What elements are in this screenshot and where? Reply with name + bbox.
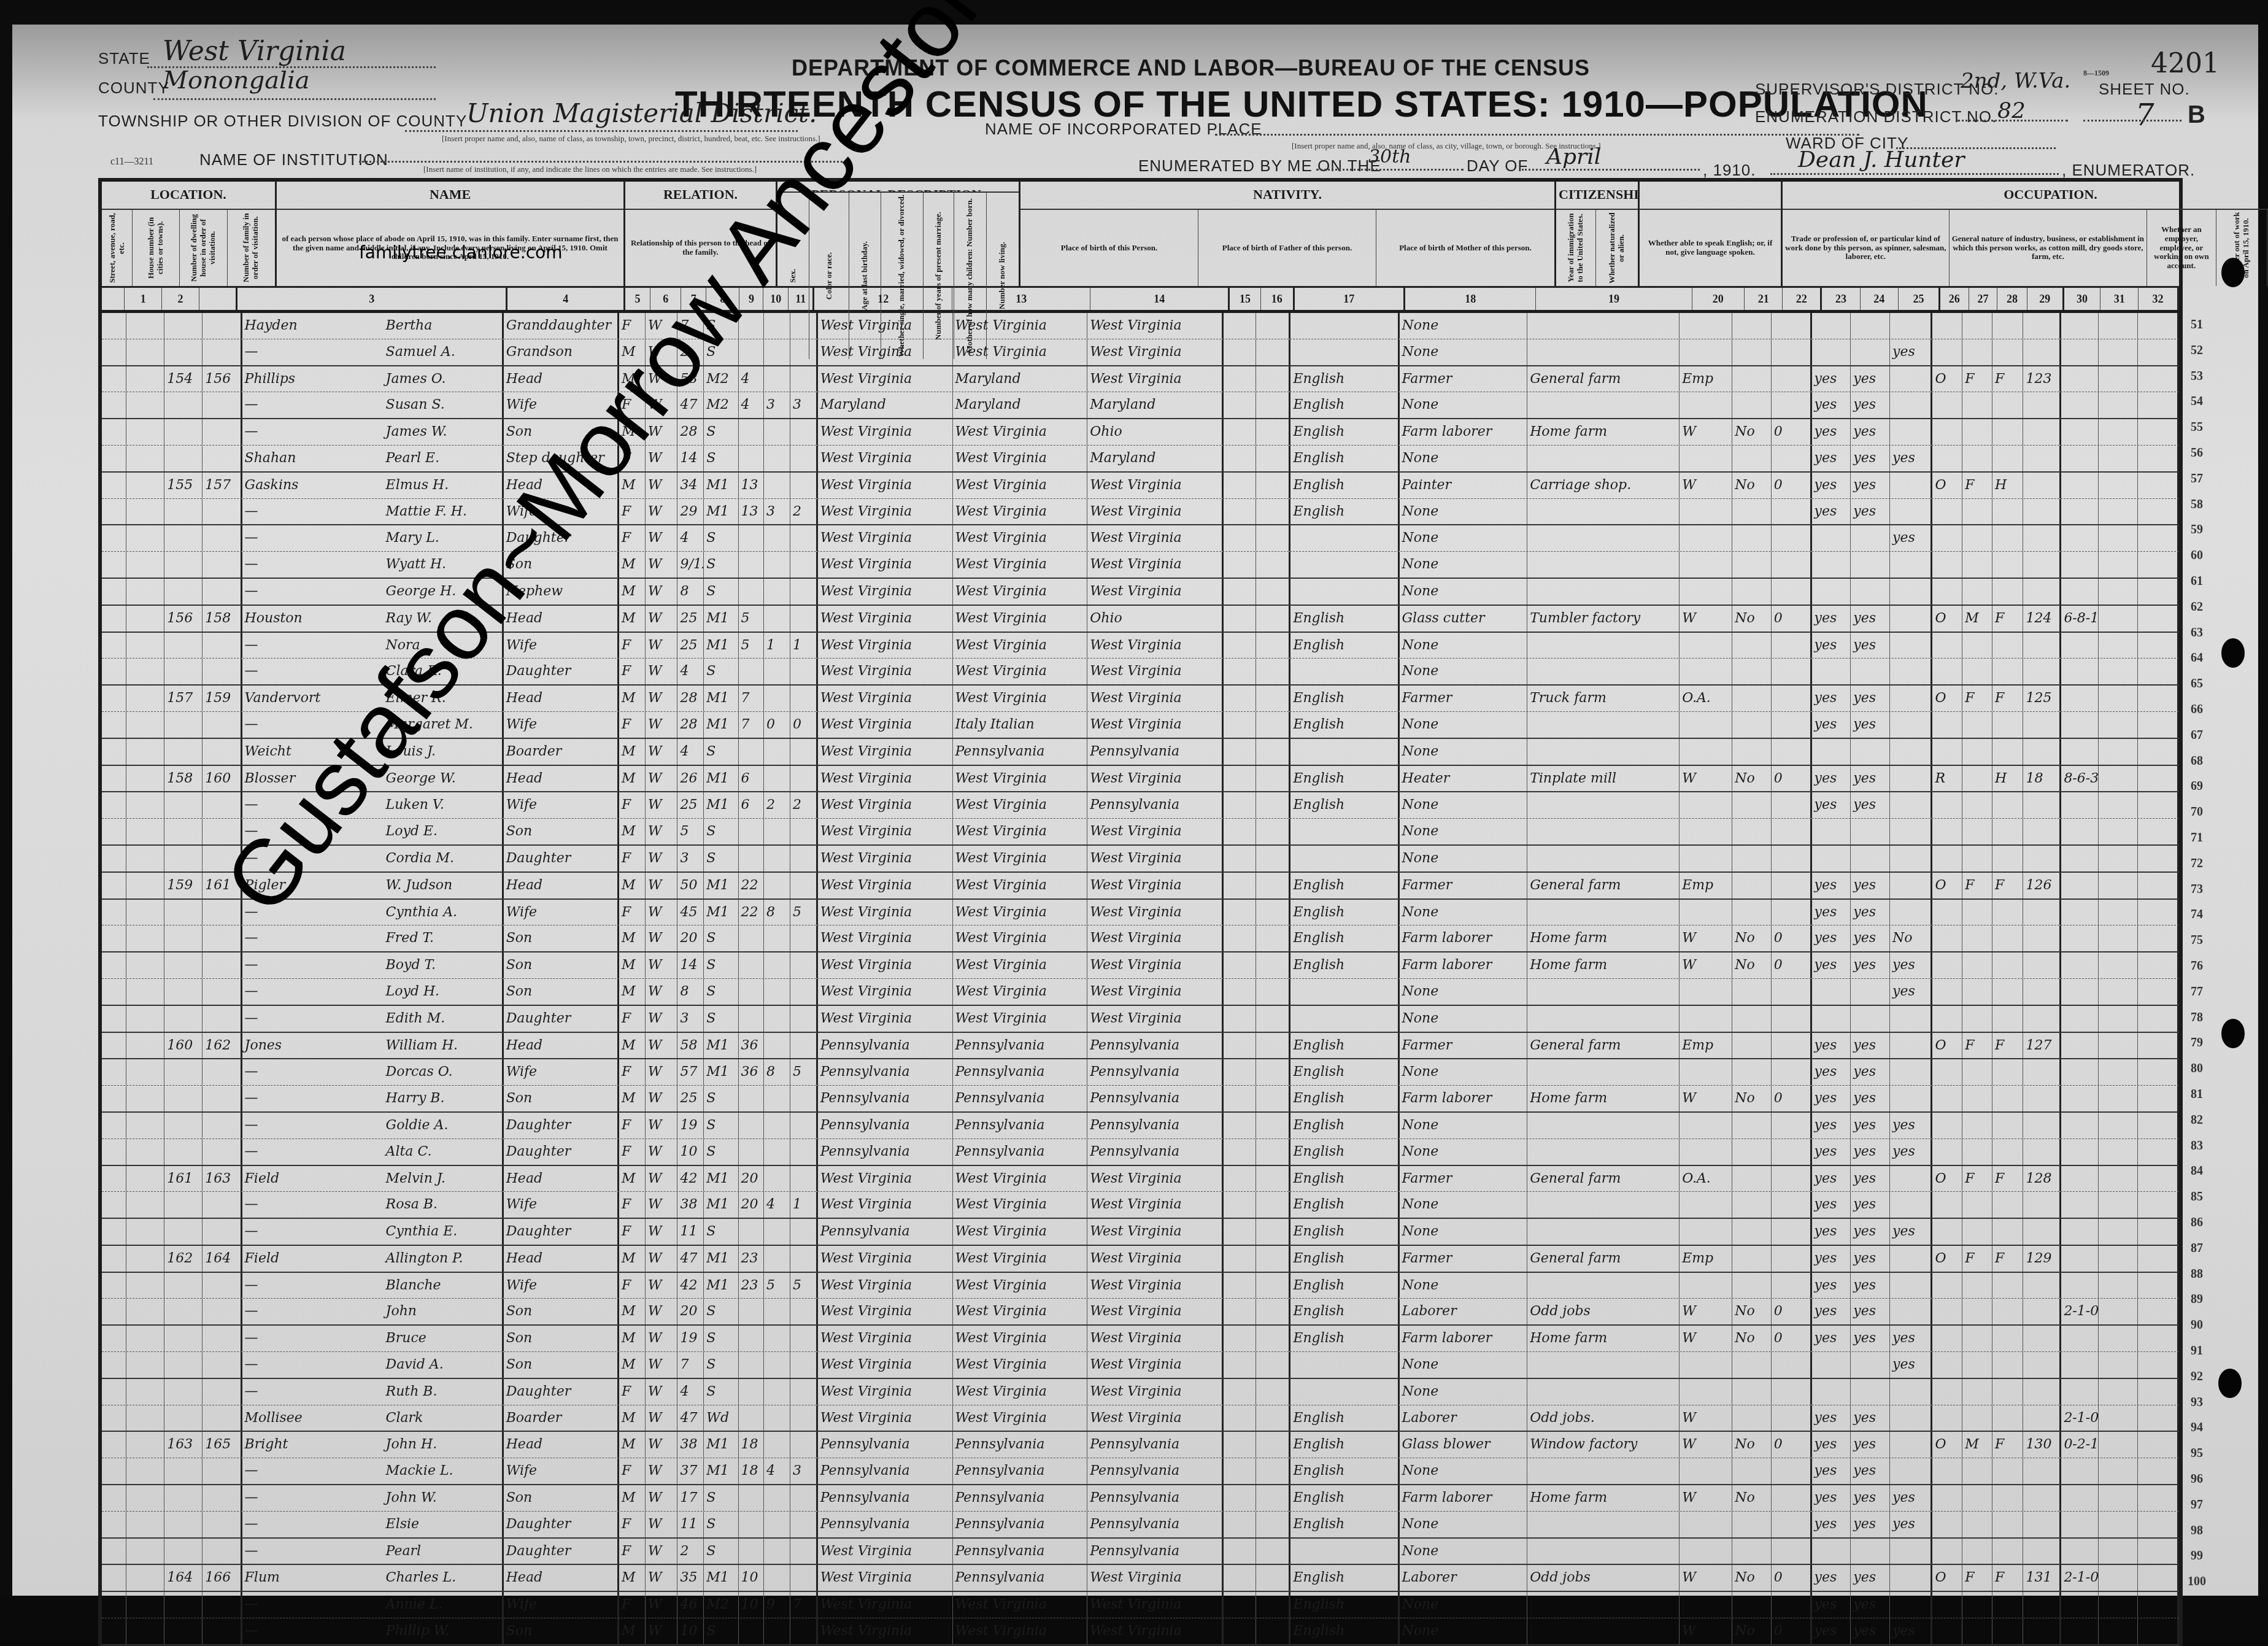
site-url-watermark: familytree.clanlore.com bbox=[359, 242, 562, 263]
cell-trade: None bbox=[1400, 579, 1528, 605]
cell-relation: Son bbox=[504, 1485, 619, 1511]
cell-age: 11 bbox=[677, 1219, 704, 1245]
empty-cell bbox=[2138, 1033, 2179, 1059]
cell-write: yes bbox=[1851, 606, 1890, 632]
cell-free bbox=[1962, 446, 1992, 471]
cell-english: English bbox=[1290, 1273, 1399, 1299]
cell-age: 20 bbox=[677, 1299, 704, 1324]
cell-race: W bbox=[646, 1059, 678, 1085]
cell-marital: M1 bbox=[704, 1166, 738, 1192]
cell-free bbox=[1962, 1219, 1992, 1245]
cell-marital: S bbox=[704, 313, 738, 339]
cell-out: No bbox=[1732, 473, 1772, 498]
cell-trade: Farm laborer bbox=[1400, 925, 1528, 951]
table-row: 164166FlumCharles L.HeadMW35M110West Vir… bbox=[102, 1565, 2179, 1592]
person-name: —Phillip W. bbox=[242, 1618, 504, 1644]
surname: — bbox=[245, 1006, 386, 1031]
cell-pob: West Virginia bbox=[818, 1192, 953, 1218]
cell-free bbox=[1962, 392, 1992, 418]
cell-out bbox=[1732, 819, 1772, 844]
cell-dwelling bbox=[164, 1592, 202, 1618]
cell-pob: West Virginia bbox=[818, 1565, 953, 1591]
column-number: 25 bbox=[1899, 288, 1940, 310]
cell-extra bbox=[2061, 446, 2099, 471]
cell-farm bbox=[1992, 659, 2023, 684]
empty-cell bbox=[1224, 1219, 1256, 1245]
cell-race: W bbox=[646, 1033, 678, 1059]
cell-school: yes bbox=[1890, 952, 1932, 978]
cell-school: yes bbox=[1890, 1352, 1932, 1378]
cell-marital: S bbox=[704, 1086, 738, 1111]
cell-family bbox=[202, 739, 242, 765]
cell-english: English bbox=[1290, 1565, 1399, 1591]
cell-weeks bbox=[1772, 1033, 1812, 1059]
cell-sched bbox=[2023, 1379, 2061, 1405]
person-name: FieldMelvin J. bbox=[242, 1166, 504, 1192]
empty-cell bbox=[2138, 499, 2179, 525]
cell-relation: Wife bbox=[504, 1192, 619, 1218]
cell-read: yes bbox=[1812, 446, 1851, 471]
cell-marital: S bbox=[704, 659, 738, 684]
cell-school bbox=[1890, 366, 1932, 392]
cell-industry bbox=[1527, 792, 1680, 818]
empty-cell bbox=[1256, 339, 1291, 365]
cell-read: yes bbox=[1812, 1405, 1851, 1431]
cell-sex: F bbox=[619, 1006, 646, 1032]
empty-cell bbox=[2099, 766, 2138, 792]
column-header: Whether naturalized or alien. bbox=[1596, 210, 1638, 286]
cell-own bbox=[1932, 525, 1962, 551]
cell-own: O bbox=[1932, 686, 1962, 711]
cell-emp: W bbox=[1680, 1086, 1732, 1111]
cell-pob: West Virginia bbox=[818, 1618, 953, 1644]
cell-race: W bbox=[646, 1192, 678, 1218]
cell-sched bbox=[2023, 419, 2061, 445]
cell-english: English bbox=[1290, 633, 1399, 659]
cell-sched bbox=[2023, 1006, 2061, 1032]
cell-english bbox=[1290, 739, 1399, 765]
cell-race: W bbox=[646, 1512, 678, 1537]
surname: — bbox=[245, 1539, 386, 1564]
cell-trade: Farmer bbox=[1400, 366, 1528, 392]
cell-born: 3 bbox=[764, 499, 790, 525]
surname: — bbox=[245, 900, 386, 925]
institution-label: NAME OF INSTITUTION bbox=[199, 150, 388, 169]
cell-trade: Farmer bbox=[1400, 686, 1528, 711]
surname: Shahan bbox=[245, 446, 386, 471]
given-name: William H. bbox=[386, 1038, 458, 1053]
empty-cell bbox=[1224, 739, 1256, 765]
empty-cell bbox=[2138, 525, 2179, 551]
cell-emp: W bbox=[1680, 1326, 1732, 1351]
cell-sex: F bbox=[619, 1219, 646, 1245]
cell-school bbox=[1890, 1379, 1932, 1405]
cell-write bbox=[1851, 979, 1890, 1005]
cell-dwelling bbox=[164, 979, 202, 1005]
cell-yrs: 18 bbox=[739, 1432, 764, 1458]
cell-extra bbox=[2061, 366, 2099, 392]
cell-write: yes bbox=[1851, 499, 1890, 525]
cell-born bbox=[764, 659, 790, 684]
cell-relation: Head bbox=[504, 766, 619, 792]
cell-pob-m: West Virginia bbox=[1087, 499, 1224, 525]
empty-cell bbox=[126, 1432, 164, 1458]
cell-trade: Glass blower bbox=[1400, 1432, 1528, 1458]
cell-extra bbox=[2061, 1352, 2099, 1378]
cell-read: yes bbox=[1812, 1246, 1851, 1272]
cell-born bbox=[764, 579, 790, 605]
cell-extra bbox=[2061, 1539, 2099, 1564]
empty-cell bbox=[2138, 1512, 2179, 1537]
column-headers: LOCATION.Street, avenue, road, etc.House… bbox=[102, 182, 2179, 288]
cell-school bbox=[1890, 1592, 1932, 1618]
cell-industry: General farm bbox=[1527, 873, 1680, 898]
column-group-title: RELATION. bbox=[625, 182, 776, 210]
given-name: Edith M. bbox=[386, 1011, 445, 1026]
table-row: —Boyd T.SonMW14SWest VirginiaWest Virgin… bbox=[102, 952, 2179, 979]
cell-farm bbox=[1992, 313, 2023, 339]
cell-school: yes bbox=[1890, 1485, 1932, 1511]
cell-living bbox=[790, 525, 818, 551]
cell-dwelling: 158 bbox=[164, 766, 202, 792]
cell-english: English bbox=[1290, 1192, 1399, 1218]
cell-dwelling bbox=[164, 846, 202, 871]
empty-cell bbox=[102, 686, 126, 711]
cell-yrs bbox=[739, 1352, 764, 1378]
cell-family bbox=[202, 1113, 242, 1138]
surname: — bbox=[245, 819, 386, 844]
empty-cell bbox=[1256, 473, 1291, 498]
cell-sex: M bbox=[619, 606, 646, 632]
cell-own bbox=[1932, 1405, 1962, 1431]
cell-extra bbox=[2061, 1458, 2099, 1484]
table-row: —BlancheWifeFW42M12355West VirginiaWest … bbox=[102, 1273, 2179, 1299]
cell-trade: Heater bbox=[1400, 766, 1528, 792]
cell-marital: S bbox=[704, 925, 738, 951]
cell-emp bbox=[1680, 579, 1732, 605]
cell-own bbox=[1932, 952, 1962, 978]
cell-free bbox=[1962, 1113, 1992, 1138]
empty-cell bbox=[2099, 979, 2138, 1005]
cell-read: yes bbox=[1812, 792, 1851, 818]
person-name: —Margaret M. bbox=[242, 712, 504, 738]
cell-english bbox=[1290, 579, 1399, 605]
table-row: —ElsieDaughterFW11SPennsylvaniaPennsylva… bbox=[102, 1512, 2179, 1539]
person-name: —Cynthia A. bbox=[242, 900, 504, 925]
cell-family bbox=[202, 952, 242, 978]
cell-weeks bbox=[1772, 366, 1812, 392]
cell-yrs: 36 bbox=[739, 1059, 764, 1085]
cell-industry: Odd jobs bbox=[1527, 1565, 1680, 1591]
cell-emp: W bbox=[1680, 1432, 1732, 1458]
cell-own bbox=[1932, 1352, 1962, 1378]
cell-free: F bbox=[1962, 1246, 1992, 1272]
cell-pob-m: West Virginia bbox=[1087, 339, 1224, 365]
cell-pob-f: West Virginia bbox=[953, 819, 1088, 844]
cell-extra: 0-2-1-8 bbox=[2061, 1432, 2099, 1458]
empty-cell bbox=[2138, 392, 2179, 418]
cell-farm bbox=[1992, 1592, 2023, 1618]
cell-living bbox=[790, 1246, 818, 1272]
cell-marital: M1 bbox=[704, 1192, 738, 1218]
cell-family bbox=[202, 525, 242, 551]
cell-age: 29 bbox=[677, 499, 704, 525]
cell-out bbox=[1732, 686, 1772, 711]
cell-out bbox=[1732, 1166, 1772, 1192]
empty-cell bbox=[102, 1059, 126, 1085]
cell-pob-m: West Virginia bbox=[1087, 686, 1224, 711]
cell-own bbox=[1932, 1512, 1962, 1537]
cell-free: F bbox=[1962, 473, 1992, 498]
given-name: Ray W. bbox=[386, 611, 432, 626]
cell-write: yes bbox=[1851, 419, 1890, 445]
cell-out bbox=[1732, 392, 1772, 418]
cell-dwelling bbox=[164, 1618, 202, 1644]
cell-english: English bbox=[1290, 686, 1399, 711]
line-number: 91 bbox=[2181, 1344, 2212, 1358]
cell-living bbox=[790, 313, 818, 339]
cell-weeks bbox=[1772, 1273, 1812, 1299]
surname: — bbox=[245, 633, 386, 658]
surname: — bbox=[245, 1458, 386, 1483]
cell-read: yes bbox=[1812, 1485, 1851, 1511]
cell-family bbox=[202, 1539, 242, 1564]
cell-write bbox=[1851, 819, 1890, 844]
cell-read bbox=[1812, 1379, 1851, 1405]
cell-pob-m: West Virginia bbox=[1087, 979, 1224, 1005]
cell-industry bbox=[1527, 633, 1680, 659]
empty-cell bbox=[126, 1326, 164, 1351]
empty-cell bbox=[102, 1113, 126, 1138]
cell-pob-f: West Virginia bbox=[953, 446, 1088, 471]
cell-born bbox=[764, 1246, 790, 1272]
cell-industry bbox=[1527, 1006, 1680, 1032]
column-header: Whether able to speak English; or, if no… bbox=[1640, 210, 1781, 286]
cell-read: yes bbox=[1812, 900, 1851, 925]
cell-sched: 131 bbox=[2023, 1565, 2061, 1591]
cell-extra bbox=[2061, 979, 2099, 1005]
cell-pob-f: Pennsylvania bbox=[953, 1113, 1088, 1138]
empty-cell bbox=[2099, 846, 2138, 871]
empty-cell bbox=[102, 579, 126, 605]
empty-cell bbox=[126, 473, 164, 498]
given-name: Fred T. bbox=[386, 930, 434, 946]
cell-extra bbox=[2061, 1219, 2099, 1245]
cell-race: W bbox=[646, 313, 678, 339]
empty-cell bbox=[126, 525, 164, 551]
cell-pob-m: West Virginia bbox=[1087, 552, 1224, 578]
empty-cell bbox=[126, 1113, 164, 1138]
cell-living bbox=[790, 579, 818, 605]
cell-extra bbox=[2061, 633, 2099, 659]
cell-pob: West Virginia bbox=[818, 712, 953, 738]
cell-out bbox=[1732, 846, 1772, 871]
cell-sex: M bbox=[619, 1086, 646, 1111]
cell-age: 47 bbox=[677, 1405, 704, 1431]
empty-cell bbox=[1224, 819, 1256, 844]
cell-trade: Laborer bbox=[1400, 1405, 1528, 1431]
cell-sex: M bbox=[619, 819, 646, 844]
cell-relation: Daughter bbox=[504, 659, 619, 684]
surname: Mollisee bbox=[245, 1405, 386, 1431]
empty-cell bbox=[2099, 366, 2138, 392]
cell-age: 8 bbox=[677, 979, 704, 1005]
surname: — bbox=[245, 1192, 386, 1217]
empty-cell bbox=[102, 419, 126, 445]
cell-school: yes bbox=[1890, 1326, 1932, 1351]
cell-race: W bbox=[646, 1379, 678, 1405]
cell-born bbox=[764, 552, 790, 578]
cell-born: 1 bbox=[764, 633, 790, 659]
cell-weeks: 0 bbox=[1772, 1618, 1812, 1644]
cell-race: W bbox=[646, 1139, 678, 1165]
cell-farm bbox=[1992, 633, 2023, 659]
cell-age: 42 bbox=[677, 1273, 704, 1299]
empty-cell bbox=[1256, 1299, 1291, 1324]
cell-family bbox=[202, 659, 242, 684]
county-value: Monongalia bbox=[163, 66, 310, 95]
cell-family bbox=[202, 846, 242, 871]
cell-own bbox=[1932, 1059, 1962, 1085]
cell-weeks bbox=[1772, 1512, 1812, 1537]
cell-english bbox=[1290, 979, 1399, 1005]
cell-emp bbox=[1680, 339, 1732, 365]
cell-own: O bbox=[1932, 1246, 1962, 1272]
cell-relation: Head bbox=[504, 873, 619, 898]
cell-trade: None bbox=[1400, 499, 1528, 525]
cell-write: yes bbox=[1851, 473, 1890, 498]
cell-relation: Head bbox=[504, 1246, 619, 1272]
cell-marital: M1 bbox=[704, 633, 738, 659]
cell-weeks bbox=[1772, 339, 1812, 365]
cell-out bbox=[1732, 579, 1772, 605]
cell-english bbox=[1290, 1006, 1399, 1032]
empty-cell bbox=[1224, 606, 1256, 632]
column-number: 32 bbox=[2139, 288, 2179, 310]
empty-cell bbox=[102, 1458, 126, 1484]
given-name: Mary L. bbox=[386, 530, 439, 546]
cell-read bbox=[1812, 739, 1851, 765]
cell-read bbox=[1812, 1006, 1851, 1032]
cell-own bbox=[1932, 1485, 1962, 1511]
empty-cell bbox=[1224, 1192, 1256, 1218]
cell-weeks: 0 bbox=[1772, 606, 1812, 632]
line-number: 61 bbox=[2181, 574, 2212, 589]
cell-pob-m: Pennsylvania bbox=[1087, 1458, 1224, 1484]
cell-trade: Farmer bbox=[1400, 1166, 1528, 1192]
stamp-number: 4201 bbox=[2151, 48, 2220, 79]
cell-free bbox=[1962, 1006, 1992, 1032]
empty-cell bbox=[2099, 313, 2138, 339]
empty-cell bbox=[2099, 419, 2138, 445]
cell-dwelling bbox=[164, 1113, 202, 1138]
cell-yrs: 7 bbox=[739, 686, 764, 711]
empty-cell bbox=[2099, 712, 2138, 738]
cell-pob: West Virginia bbox=[818, 925, 953, 951]
cell-write: yes bbox=[1851, 366, 1890, 392]
empty-cell bbox=[2099, 1246, 2138, 1272]
cell-race: W bbox=[646, 659, 678, 684]
cell-free: F bbox=[1962, 366, 1992, 392]
cell-age: 5 bbox=[677, 819, 704, 844]
cell-yrs bbox=[739, 1539, 764, 1564]
empty-cell bbox=[2138, 446, 2179, 471]
cell-pob: Pennsylvania bbox=[818, 1113, 953, 1138]
empty-cell bbox=[1256, 1006, 1291, 1032]
incorporated-label: NAME OF INCORPORATED PLACE bbox=[985, 120, 1262, 139]
given-name: Clara R. bbox=[386, 663, 442, 679]
cell-own bbox=[1932, 1326, 1962, 1351]
cell-living bbox=[790, 952, 818, 978]
cell-marital: S bbox=[704, 552, 738, 578]
given-name: Cynthia E. bbox=[386, 1224, 458, 1239]
cell-emp: W bbox=[1680, 419, 1732, 445]
empty-cell bbox=[1224, 873, 1256, 898]
empty-cell bbox=[1256, 606, 1291, 632]
cell-sex: M bbox=[619, 739, 646, 765]
cell-age: 28 bbox=[677, 419, 704, 445]
cell-extra bbox=[2061, 1592, 2099, 1618]
person-name: —Harry B. bbox=[242, 1086, 504, 1111]
cell-own bbox=[1932, 499, 1962, 525]
ward-label: WARD OF CITY bbox=[1786, 134, 1908, 153]
cell-farm bbox=[1992, 1539, 2023, 1564]
cell-marital: M1 bbox=[704, 606, 738, 632]
cell-industry: General farm bbox=[1527, 1033, 1680, 1059]
empty-cell bbox=[2138, 979, 2179, 1005]
cell-extra bbox=[2061, 1618, 2099, 1644]
column-number: 5 bbox=[625, 288, 650, 310]
cell-out bbox=[1732, 1592, 1772, 1618]
cell-own bbox=[1932, 1139, 1962, 1165]
cell-emp bbox=[1680, 1273, 1732, 1299]
given-name: Luken V. bbox=[386, 797, 444, 813]
cell-extra bbox=[2061, 392, 2099, 418]
cell-english: English bbox=[1290, 1326, 1399, 1351]
empty-cell bbox=[1224, 1006, 1256, 1032]
cell-marital: S bbox=[704, 1539, 738, 1564]
cell-race: W bbox=[646, 1299, 678, 1324]
surname: — bbox=[245, 1059, 386, 1084]
cell-free: M bbox=[1962, 606, 1992, 632]
cell-relation: Son bbox=[504, 1086, 619, 1111]
cell-write: yes bbox=[1851, 392, 1890, 418]
cell-school: yes bbox=[1890, 446, 1932, 471]
cell-free bbox=[1962, 339, 1992, 365]
cell-pob: Pennsylvania bbox=[818, 1432, 953, 1458]
empty-cell bbox=[2138, 925, 2179, 951]
cell-school: yes bbox=[1890, 1139, 1932, 1165]
person-name: PhillipsJames O. bbox=[242, 366, 504, 392]
column-group: Whether able to speak English; or, if no… bbox=[1640, 182, 1783, 286]
cell-out: No bbox=[1732, 606, 1772, 632]
table-row: —Loyd H.SonMW8SWest VirginiaWest Virgini… bbox=[102, 979, 2179, 1006]
cell-pob-m: West Virginia bbox=[1087, 819, 1224, 844]
cell-born bbox=[764, 1432, 790, 1458]
empty-cell bbox=[1256, 392, 1291, 418]
empty-cell bbox=[2099, 392, 2138, 418]
cell-emp: Emp bbox=[1680, 1246, 1732, 1272]
given-name: Cordia M. bbox=[386, 851, 454, 866]
empty-cell bbox=[2099, 499, 2138, 525]
person-name: HaydenBertha bbox=[242, 313, 504, 339]
given-name: George H. bbox=[386, 584, 457, 599]
cell-age: 28 bbox=[677, 712, 704, 738]
cell-race: W bbox=[646, 446, 678, 471]
supervisor-value: 2nd, W.Va. bbox=[1961, 69, 2070, 93]
empty-cell bbox=[1224, 339, 1256, 365]
cell-emp: W bbox=[1680, 952, 1732, 978]
